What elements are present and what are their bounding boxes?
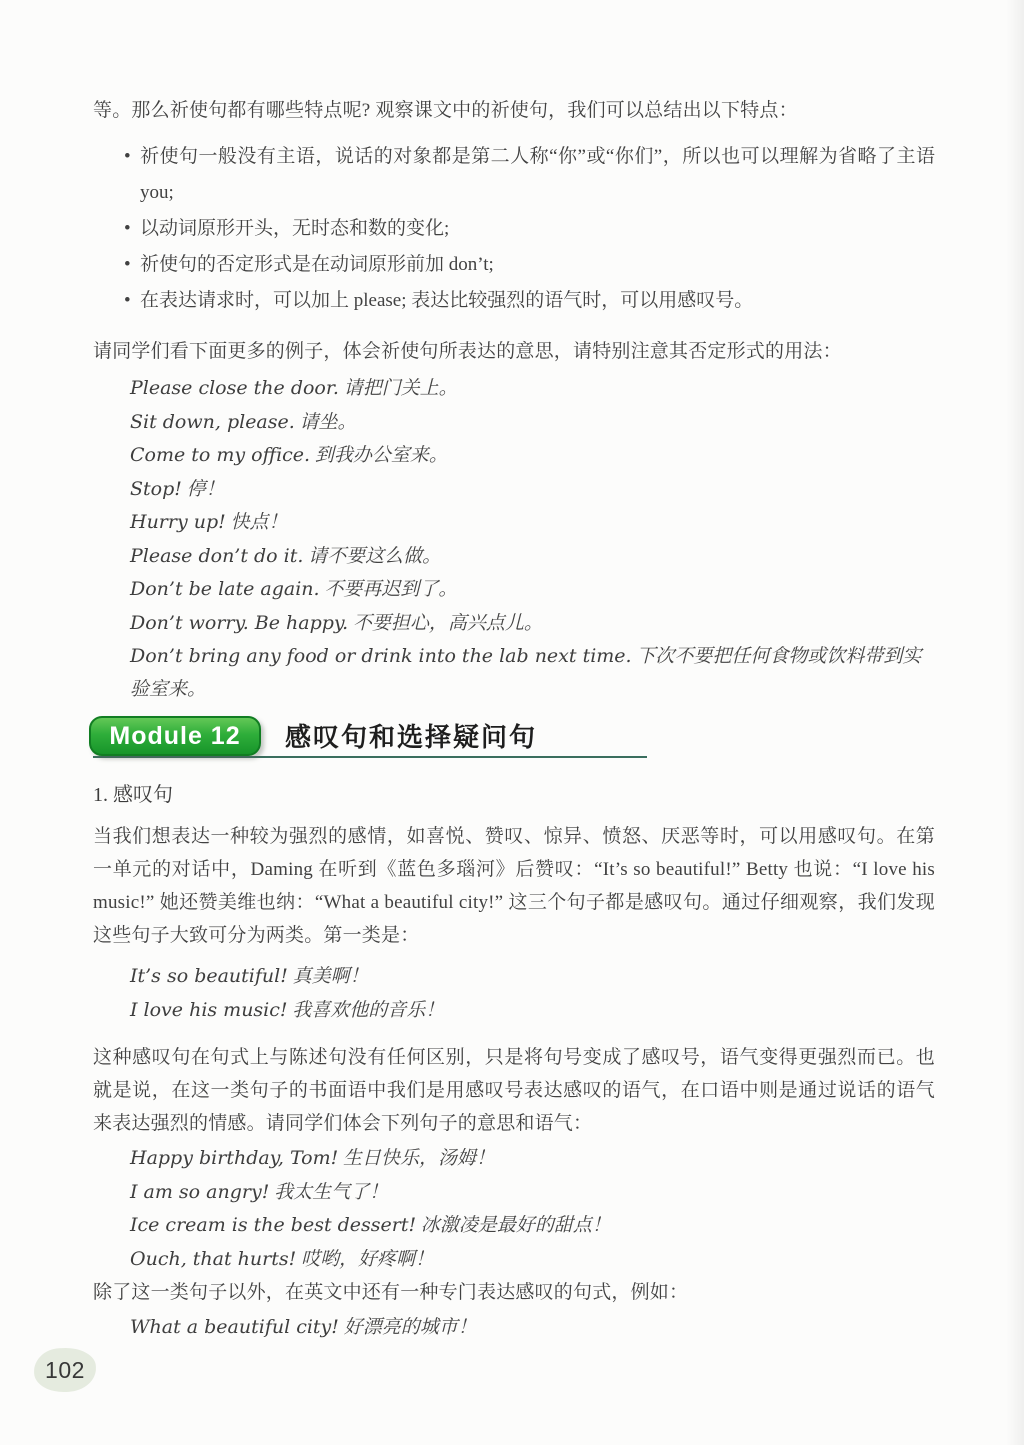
special-examples-list: What a beautiful city! 好漂亮的城市！ <box>93 1311 935 1345</box>
bullet-icon: • <box>124 139 131 175</box>
example-english: What a beautiful city! <box>130 1316 339 1338</box>
bullet-icon: • <box>124 247 131 283</box>
example-chinese-translation: 停！ <box>187 479 225 500</box>
bullet-icon: • <box>124 211 131 247</box>
feature-bullet-item: •在表达请求时，可以加上 please; 表达比较强烈的语气时，可以用感叹号。 <box>93 283 935 319</box>
page-content: 等。那么祈使句都有哪些特点呢? 观察课文中的祈使句，我们可以总结出以下特点： •… <box>93 92 935 1345</box>
example-chinese-translation: 冰激凌是最好的甜点！ <box>421 1215 611 1236</box>
type1-more-examples-list: Happy birthday, Tom! 生日快乐，汤姆！ I am so an… <box>93 1142 935 1276</box>
feature-bullet-text: 在表达请求时，可以加上 please; 表达比较强烈的语气时，可以用感叹号。 <box>140 290 753 311</box>
example-sentence: Please close the door. 请把门关上。 <box>93 372 935 406</box>
page-number: 102 <box>45 1357 85 1384</box>
example-sentence: Ouch, that hurts! 哎哟，好疼啊！ <box>93 1243 935 1277</box>
header-underline <box>93 756 647 758</box>
example-chinese-translation: 不要再迟到了。 <box>324 579 457 600</box>
example-english: Sit down, please. <box>130 411 295 433</box>
imperative-features-list: •祈使句一般没有主语，说话的对象都是第二人称“你”或“你们”，所以也可以理解为省… <box>93 139 935 319</box>
feature-bullet-text: 祈使句一般没有主语，说话的对象都是第二人称“你”或“你们”，所以也可以理解为省略… <box>140 146 935 203</box>
example-english: Don’t bring any food or drink into the l… <box>130 645 632 667</box>
example-english: Don’t worry. Be happy. <box>130 612 348 634</box>
example-english: I am so angry! <box>130 1181 269 1203</box>
module-12-header: Module 12 感叹句和选择疑问句 <box>93 714 935 758</box>
example-english: Ouch, that hurts! <box>130 1248 296 1270</box>
module-12-title: 感叹句和选择疑问句 <box>285 717 537 754</box>
example-chinese-translation: 不要担心，高兴点儿。 <box>353 613 543 634</box>
example-sentence: I am so angry! 我太生气了！ <box>93 1176 935 1210</box>
feature-bullet-text: 祈使句的否定形式是在动词原形前加 don’t; <box>140 254 494 275</box>
continuation-paragraph: 等。那么祈使句都有哪些特点呢? 观察课文中的祈使句，我们可以总结出以下特点： <box>93 92 935 129</box>
examples-intro-paragraph: 请同学们看下面更多的例子，体会祈使句所表达的意思，请特别注意其否定形式的用法： <box>93 333 935 370</box>
type1-examples-list: It’s so beautiful! 真美啊！ I love his music… <box>93 960 935 1027</box>
example-chinese-translation: 快点！ <box>231 512 288 533</box>
example-sentence: Happy birthday, Tom! 生日快乐，汤姆！ <box>93 1142 935 1176</box>
example-chinese-translation: 哎哟，好疼啊！ <box>301 1249 434 1270</box>
imperative-examples-list: Please close the door. 请把门关上。 Sit down, … <box>93 372 935 706</box>
example-english: Don’t be late again. <box>130 578 320 600</box>
example-english: Please close the door. <box>130 377 339 399</box>
example-sentence: Don’t worry. Be happy. 不要担心，高兴点儿。 <box>93 607 935 641</box>
feature-bullet-item: •以动词原形开头，无时态和数的变化; <box>93 211 935 247</box>
example-sentence: What a beautiful city! 好漂亮的城市！ <box>93 1311 935 1345</box>
example-chinese-translation: 请不要这么做。 <box>308 546 441 567</box>
feature-bullet-item: •祈使句的否定形式是在动词原形前加 don’t; <box>93 247 935 283</box>
example-english: Come to my office. <box>130 444 310 466</box>
example-chinese-translation: 真美啊！ <box>293 966 369 987</box>
example-english: Stop! <box>130 478 182 500</box>
example-english: Please don’t do it. <box>130 545 303 567</box>
example-sentence: Sit down, please. 请坐。 <box>93 406 935 440</box>
example-chinese-translation: 请坐。 <box>300 412 357 433</box>
example-sentence: Stop! 停！ <box>93 473 935 507</box>
example-chinese-translation: 好漂亮的城市！ <box>344 1317 477 1338</box>
example-sentence: Don’t be late again. 不要再迟到了。 <box>93 573 935 607</box>
example-english: Happy birthday, Tom! <box>130 1147 338 1169</box>
example-sentence: Please don’t do it. 请不要这么做。 <box>93 540 935 574</box>
example-chinese-translation: 到我办公室来。 <box>315 445 448 466</box>
written-tone-paragraph: 这种感叹句在句式上与陈述句没有任何区别，只是将句号变成了感叹号，语气变得更强烈而… <box>93 1041 935 1140</box>
example-chinese-translation: 我喜欢他的音乐！ <box>292 1000 444 1021</box>
example-english: It’s so beautiful! <box>130 965 288 987</box>
special-pattern-paragraph: 除了这一类句子以外，在英文中还有一种专门表达感叹的句式，例如： <box>93 1276 935 1309</box>
example-english: Ice cream is the best dessert! <box>130 1214 416 1236</box>
module-12-badge: Module 12 <box>89 716 261 756</box>
page-number-badge: 102 <box>33 1346 97 1393</box>
example-sentence: It’s so beautiful! 真美啊！ <box>93 960 935 994</box>
example-sentence: Ice cream is the best dessert! 冰激凌是最好的甜点… <box>93 1209 935 1243</box>
exclamation-intro-paragraph: 当我们想表达一种较为强烈的感情，如喜悦、赞叹、惊异、愤怒、厌恶等时，可以用感叹句… <box>93 820 935 952</box>
example-sentence: I love his music! 我喜欢他的音乐！ <box>93 994 935 1028</box>
example-sentence: Come to my office. 到我办公室来。 <box>93 439 935 473</box>
section-1-heading: 1. 感叹句 <box>93 780 935 810</box>
feature-bullet-item: •祈使句一般没有主语，说话的对象都是第二人称“你”或“你们”，所以也可以理解为省… <box>93 139 935 211</box>
example-sentence: Hurry up! 快点！ <box>93 506 935 540</box>
example-chinese-translation: 请把门关上。 <box>344 378 458 399</box>
bullet-icon: • <box>124 283 131 319</box>
feature-bullet-text: 以动词原形开头，无时态和数的变化; <box>140 218 449 239</box>
example-sentence: Don’t bring any food or drink into the l… <box>93 640 935 706</box>
example-chinese-translation: 生日快乐，汤姆！ <box>343 1148 495 1169</box>
textbook-page: 等。那么祈使句都有哪些特点呢? 观察课文中的祈使句，我们可以总结出以下特点： •… <box>0 0 1024 1445</box>
example-chinese-translation: 我太生气了！ <box>274 1182 388 1203</box>
example-english: I love his music! <box>130 999 288 1021</box>
example-english: Hurry up! <box>130 511 226 533</box>
